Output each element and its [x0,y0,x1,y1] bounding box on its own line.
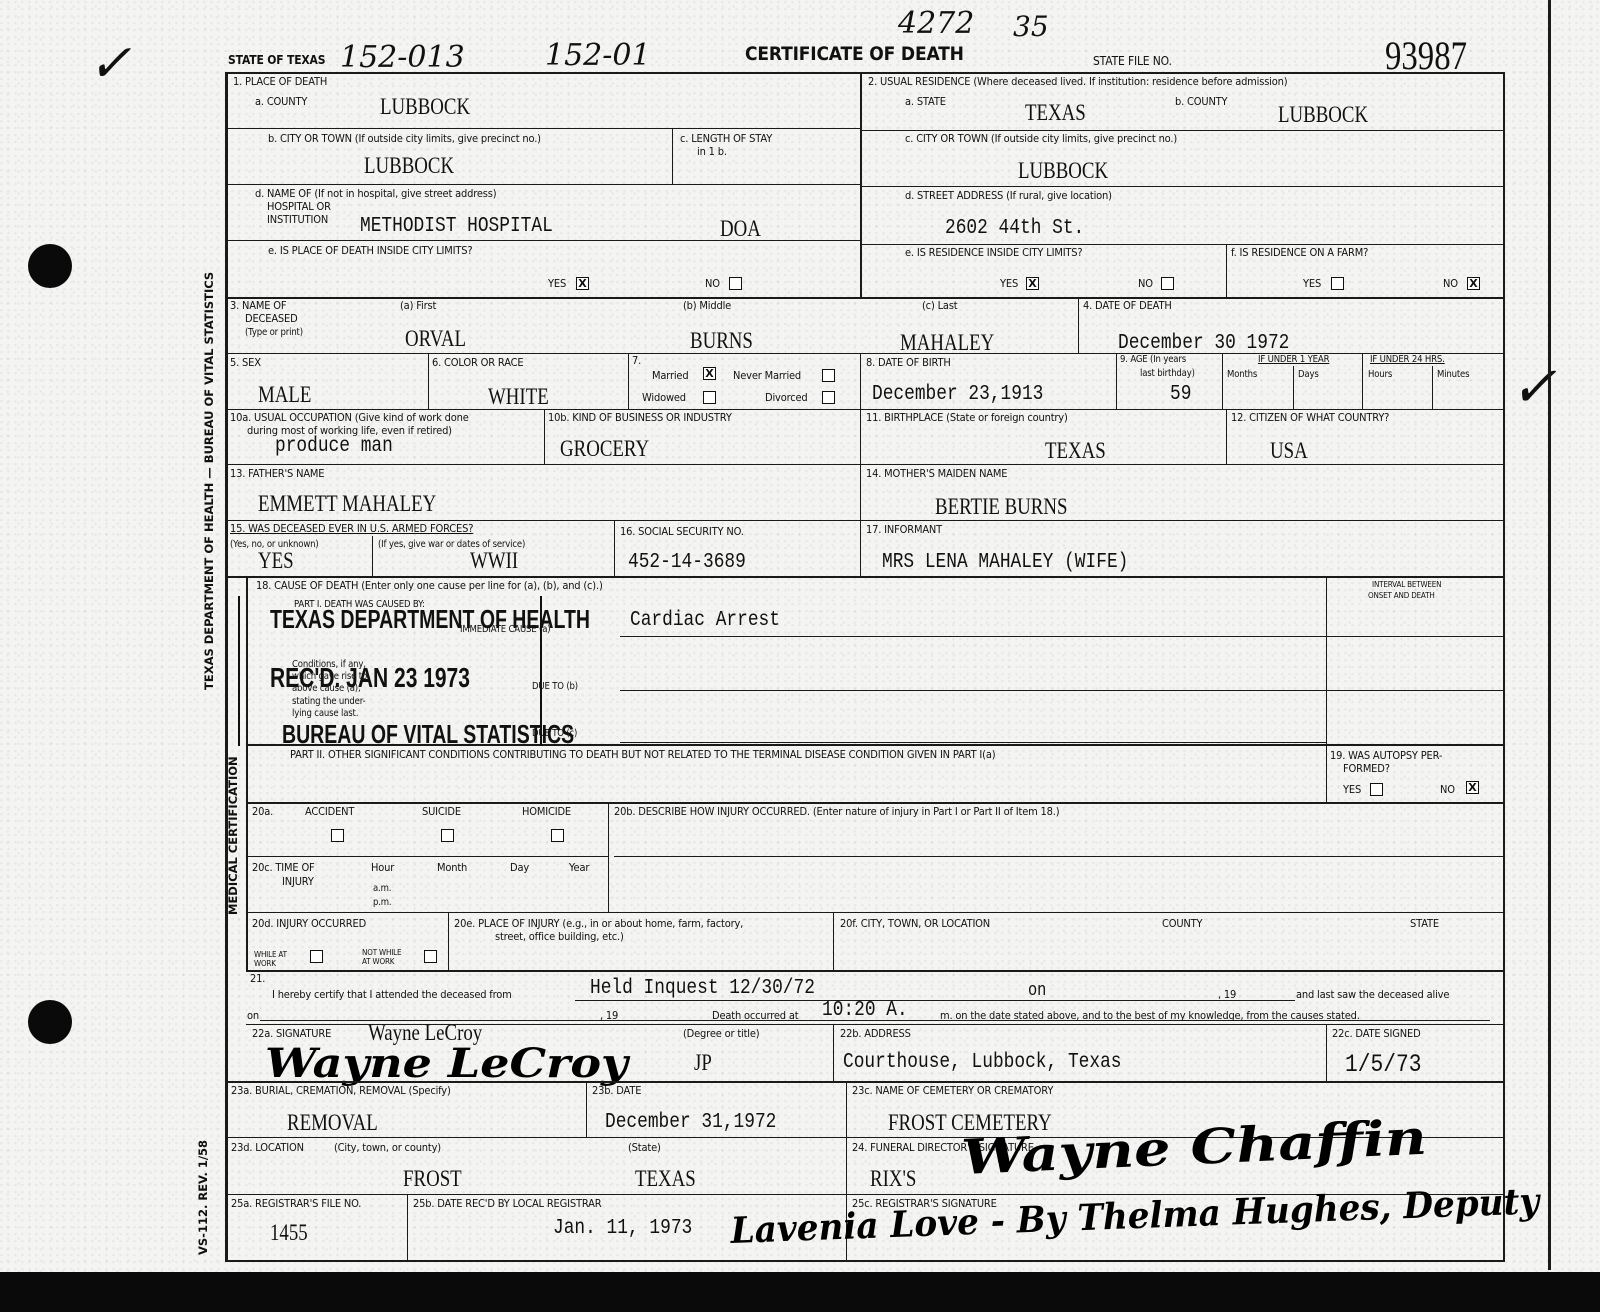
burial-label: 23a. BURIAL, CREMATION, REMOVAL (Specify… [231,1085,451,1097]
hours-label: Hours [1368,370,1392,380]
ssn-label: 16. SOCIAL SECURITY NO. [620,526,744,538]
pod-inside-no-checkbox[interactable] [729,277,742,290]
res-city-label: c. CITY OR TOWN (If outside city limits,… [905,133,1177,145]
interval-label-2: ONSET AND DEATH [1368,591,1435,600]
degree-value: JP [694,1052,712,1074]
row-divider [861,186,1503,187]
widowed-checkbox[interactable] [703,391,716,404]
col-divider [1432,366,1433,409]
occupation-value: produce man [275,436,393,458]
location-city-value: FROST [403,1168,462,1190]
pod-hospital-label-2: HOSPITAL OR [267,201,331,213]
punch-hole-bottom [28,1000,72,1044]
registrar-signature: Lavenia Love - By Thelma Hughes, Deputy [730,1180,1540,1252]
row-divider [226,184,861,185]
father-label: 13. FATHER'S NAME [230,468,324,480]
ssn-value: 452-14-3689 [628,552,746,574]
frame-left [225,72,228,1262]
col-divider [860,353,861,409]
pod-city-value: LUBBOCK [364,155,454,177]
row-divider [226,464,1504,465]
time-injury-label-1: 20c. TIME OF [252,862,315,874]
sex-label: 5. SEX [230,357,261,369]
res-street-label: d. STREET ADDRESS (If rural, give locati… [905,190,1112,202]
pod-stay-label-2: in 1 b. [697,146,727,158]
autopsy-label-2: FORMED? [1343,763,1390,775]
day-label: Day [510,862,529,874]
res-state-value: TEXAS [1025,102,1086,124]
mother-value: BERTIE BURNS [935,496,1067,518]
row-divider [246,802,1504,804]
col-divider [586,1081,587,1137]
col-divider [1116,353,1117,409]
accident-checkbox[interactable] [331,829,344,842]
pod-inside-yes-checkbox[interactable]: X [576,277,589,290]
cert-item-label: 21. [250,973,265,985]
cert-last-saw: and last saw the deceased alive [1296,989,1449,1001]
pod-yes-label: YES [548,278,566,290]
divorced-label: Divorced [765,392,808,404]
col-divider [628,353,629,409]
form-number: VS-112. REV. 1/58 [196,1140,210,1255]
autopsy-no-label: NO [1440,784,1455,796]
col-divider [1222,353,1223,409]
col-divider [860,409,861,576]
injury-occurred-label: 20d. INJURY OCCURRED [252,918,366,930]
place-of-death-label: 1. PLACE OF DEATH [233,76,327,88]
injury-state-label: STATE [1410,918,1439,930]
stamp-line-2: REC'D. JAN 23 1973 [270,662,470,694]
describe-injury-label: 20b. DESCRIBE HOW INJURY OCCURRED. (Ente… [614,806,1059,818]
col-divider [1326,1024,1327,1081]
res-inside-no-label: NO [1138,278,1153,290]
row-divider [246,912,1504,913]
hand-top-2: 35 [1013,10,1049,43]
col-divider [407,1194,408,1261]
res-inside-yes-label: YES [1000,278,1018,290]
location-city-label: (City, town, or county) [334,1142,441,1154]
month-label: Month [437,862,467,874]
res-farm-yes-label: YES [1303,278,1321,290]
row-divider [246,970,1504,972]
age-label-2: last birthday) [1140,369,1195,379]
pod-county-value: LUBBOCK [380,96,470,118]
res-street-value: 2602 44th St. [945,218,1084,240]
cause-line-b [620,690,1326,691]
col-divider [448,912,449,970]
cert-on-label: on [247,1010,259,1022]
last-name-label: (c) Last [922,300,958,312]
pod-county-label: a. COUNTY [255,96,307,108]
sex-value: MALE [258,384,311,406]
stamp-line-1: TEXAS DEPARTMENT OF HEALTH [270,604,590,635]
certificate-title: CERTIFICATE OF DEATH [745,44,964,64]
margin-check-mark: ✓ [88,34,132,94]
armed-forces-value: YES [258,550,294,572]
frame-top [225,72,1505,74]
time-injury-label-2: INJURY [282,876,314,888]
col-divider [1293,366,1294,409]
pod-hospital-label-3: INSTITUTION [267,214,328,226]
row-divider [226,128,861,129]
middle-name-value: BURNS [690,330,753,352]
while-at-work-checkbox[interactable] [310,950,323,963]
res-farm-no-label: NO [1443,278,1458,290]
age-value: 59 [1170,384,1191,406]
race-value: WHITE [488,386,549,408]
injury-type-label: 20a. [252,806,273,818]
pod-hospital-value: METHODIST HOSPITAL [360,216,553,238]
col-divider [833,912,834,970]
informant-label: 17. INFORMANT [866,524,942,536]
date-signed-label: 22c. DATE SIGNED [1332,1028,1421,1040]
frame-bottom [225,1260,1505,1262]
not-while-at-work-checkbox[interactable] [424,950,437,963]
hour-label: Hour [371,862,394,874]
last-name-value: MAHALEY [900,332,994,354]
am-label: a.m. [373,884,391,894]
autopsy-label-1: 19. WAS AUTOPSY PER- [1330,750,1442,762]
col-divider [1226,409,1227,464]
citizen-value: USA [1270,440,1308,462]
location-label: 23d. LOCATION [231,1142,304,1154]
widowed-label: Widowed [642,392,686,404]
registrar-date-value: Jan. 11, 1973 [553,1218,692,1240]
divorced-checkbox[interactable] [822,391,835,404]
cemetery-label: 23c. NAME OF CEMETERY OR CREMATORY [852,1085,1053,1097]
col-divider [1078,297,1079,353]
row-divider [226,409,1504,410]
col-divider [833,1024,834,1081]
name-label-3: (Type or print) [245,328,303,338]
homicide-checkbox[interactable] [551,829,564,842]
race-label: 6. COLOR OR RACE [432,357,523,369]
cause-section-label: 18. CAUSE OF DEATH (Enter only one cause… [256,580,603,592]
suicide-checkbox[interactable] [441,829,454,842]
never-married-label: Never Married [733,370,801,382]
col-divider [1226,244,1227,298]
degree-label: (Degree or title) [683,1028,759,1040]
hand-code-1: 152-013 [340,40,465,75]
vertical-medical-certification: MEDICAL CERTIFICATION [226,756,240,915]
pod-hospital-label-1: d. NAME OF (If not in hospital, give str… [255,188,496,200]
col-divider [372,536,373,576]
funeral-home-value: RIX'S [870,1168,916,1190]
pm-label: p.m. [373,898,391,908]
mother-label: 14. MOTHER'S MAIDEN NAME [866,468,1007,480]
armed-forces-label: 15. WAS DECEASED EVER IN U.S. ARMED FORC… [230,523,473,535]
birthplace-value: TEXAS [1045,440,1106,462]
res-farm-label: f. IS RESIDENCE ON A FARM? [1231,247,1368,259]
autopsy-no-checkbox[interactable]: X [1466,781,1479,794]
middle-name-label: (b) Middle [683,300,731,312]
col-divider [672,128,673,184]
col-divider [544,409,545,464]
injury-county-label: COUNTY [1162,918,1202,930]
location-state-label: (State) [628,1142,661,1154]
autopsy-yes-checkbox[interactable] [1370,783,1383,796]
pod-stay-label: c. LENGTH OF STAY [680,133,772,145]
autopsy-yes-label: YES [1343,784,1361,796]
row-divider [226,1081,1504,1083]
col-divider [608,802,609,912]
while-at-work-label: WHILE AT WORK [254,950,290,968]
address-value: Courthouse, Lubbock, Texas [843,1052,1122,1074]
row-divider [861,130,1503,131]
describe-line [614,856,1504,857]
pod-hospital-note: DOA [720,218,761,240]
death-time-value: 10:20 A. [822,1000,908,1022]
row-divider [226,520,1504,521]
never-married-checkbox[interactable] [822,369,835,382]
cause-line-c [620,742,1326,743]
res-inside-yes-checkbox[interactable]: X [1026,277,1039,290]
state-file-number: 93987 [1385,36,1467,76]
pod-inside-limits-label: e. IS PLACE OF DEATH INSIDE CITY LIMITS? [268,245,472,257]
first-name-value: ORVAL [405,328,466,350]
physician-signature: Wayne LeCroy [265,1040,628,1087]
suicide-label: SUICIDE [422,806,461,818]
frame-right [1503,72,1505,1262]
res-city-value: LUBBOCK [1018,160,1108,182]
citizen-label: 12. CITIZEN OF WHAT COUNTRY? [1231,412,1389,424]
res-state-label: a. STATE [905,96,946,108]
address-label: 22b. ADDRESS [840,1028,911,1040]
days-label: Days [1298,370,1319,380]
cert-statement: I hereby certify that I attended the dec… [272,989,512,1001]
pod-city-label: b. CITY OR TOWN (If outside city limits,… [268,133,541,145]
informant-value: MRS LENA MAHALEY (WIFE) [882,552,1128,574]
cert-value: Held Inquest 12/30/72 [590,978,815,1000]
registrar-file-label: 25a. REGISTRAR'S FILE NO. [231,1198,361,1210]
place-injury-label-2: street, office building, etc.) [495,931,624,943]
marital-label: 7. [632,355,641,367]
cert-on-text: on [1028,980,1046,1002]
business-label: 10b. KIND OF BUSINESS OR INDUSTRY [548,412,732,424]
punch-hole-top [28,244,72,288]
injury-city-label: 20f. CITY, TOWN, OR LOCATION [840,918,990,930]
col-divider [428,353,429,409]
center-divider-top [860,72,862,298]
row-divider [226,576,1504,578]
stamp-line-3: BUREAU OF VITAL STATISTICS [282,719,574,750]
row-divider [246,856,608,857]
married-checkbox[interactable]: X [703,367,716,380]
part2-label: PART II. OTHER SIGNIFICANT CONDITIONS CO… [290,749,995,761]
business-value: GROCERY [560,438,649,460]
date-signed-value: 1/5/73 [1345,1054,1422,1076]
occupation-label-1: 10a. USUAL OCCUPATION (Give kind of work… [230,412,469,424]
registrar-file-value: 1455 [270,1222,308,1244]
immediate-cause-value: Cardiac Arrest [630,610,780,632]
homicide-label: HOMICIDE [522,806,571,818]
date-of-death-value: December 30 1972 [1118,333,1289,355]
right-edge-line [1548,0,1551,1270]
first-name-label: (a) First [400,300,436,312]
state-label: STATE OF TEXAS [228,54,325,66]
cause-line-a [620,636,1326,637]
hand-top-1: 4272 [898,6,974,41]
vertical-agency-label: TEXAS DEPARTMENT OF HEALTH — BUREAU OF V… [202,272,216,690]
under-24-label: IF UNDER 24 HRS. [1370,355,1445,365]
res-county-label: b. COUNTY [1175,96,1227,108]
res-inside-no-checkbox[interactable] [1161,277,1174,290]
cert-line-1 [575,1000,1295,1001]
col-divider [1326,576,1327,802]
interval-label-1: INTERVAL BETWEEN [1372,580,1441,589]
name-label-2: DECEASED [245,313,298,325]
burial-value: REMOVAL [287,1112,378,1134]
disposition-date-value: December 31,1972 [605,1112,776,1134]
res-farm-yes-checkbox[interactable] [1331,277,1344,290]
col-divider [1362,353,1363,409]
year-label: Year [569,862,589,874]
dob-label: 8. DATE OF BIRTH [866,357,951,369]
res-inside-limits-label: e. IS RESIDENCE INSIDE CITY LIMITS? [905,247,1082,259]
dob-value: December 23,1913 [872,384,1043,406]
pod-no-label: NO [705,278,720,290]
row-divider [861,244,1503,245]
war-value: WWII [470,550,518,572]
row-divider [1326,636,1503,637]
name-label-1: 3. NAME OF [230,300,286,312]
age-label-1: 9. AGE (In years [1120,355,1186,365]
father-value: EMMETT MAHALEY [258,493,436,515]
row-divider [1326,690,1503,691]
under-1-year-label: IF UNDER 1 YEAR [1258,355,1329,365]
married-label: Married [652,370,688,382]
place-injury-label-1: 20e. PLACE OF INJURY (e.g., in or about … [454,918,743,930]
hand-code-2: 152-01 [545,38,651,73]
col-divider [614,520,615,576]
birthplace-label: 11. BIRTHPLACE (State or foreign country… [866,412,1068,424]
residence-section-label: 2. USUAL RESIDENCE (Where deceased lived… [868,76,1287,88]
registrar-date-label: 25b. DATE REC'D BY LOCAL REGISTRAR [413,1198,601,1210]
signature-label: 22a. SIGNATURE [252,1028,331,1040]
date-of-death-label: 4. DATE OF DEATH [1083,300,1172,312]
minutes-label: Minutes [1437,370,1469,380]
disposition-date-label: 23b. DATE [592,1085,641,1097]
bottom-scan-bar [0,1272,1600,1312]
res-farm-no-checkbox[interactable]: X [1467,277,1480,290]
not-while-at-work-label: NOT WHILE AT WORK [362,948,412,966]
accident-label: ACCIDENT [305,806,354,818]
months-label: Months [1227,370,1257,380]
state-file-label: STATE FILE NO. [1093,55,1172,67]
res-county-value: LUBBOCK [1278,104,1368,126]
row-divider [226,240,861,241]
location-state-value: TEXAS [635,1168,696,1190]
